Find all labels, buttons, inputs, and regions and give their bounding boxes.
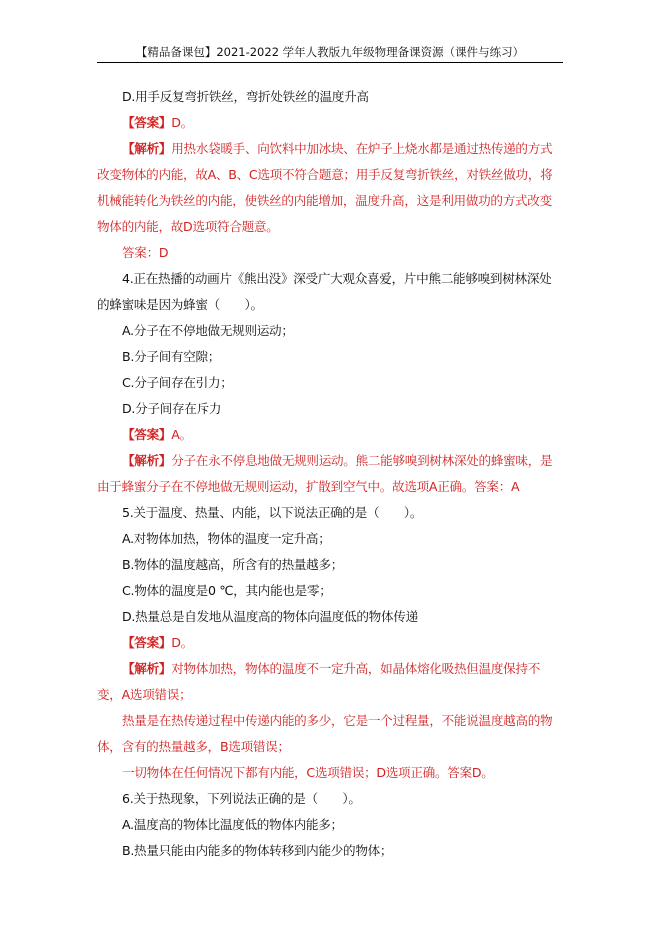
question-4: 4.正在热播的动画片《熊出没》深受广大观众喜爱，片中熊二能够嗅到树林深处的蜂蜜味… <box>97 266 563 318</box>
answer-label: 【答案】 <box>122 115 171 130</box>
header-divider <box>97 62 563 63</box>
answer-line: 【答案】D。 <box>97 110 563 136</box>
answer-line: 【答案】A。 <box>97 422 563 448</box>
analysis-paragraph: 【解析】用热水袋暖手、向饮料中加冰块、在炉子上烧水都是通过热传递的方式改变物体的… <box>97 136 563 240</box>
option-c: C.分子间存在引力； <box>97 370 563 396</box>
option-d: D.分子间存在斥力 <box>97 396 563 422</box>
answer-value: A。 <box>171 427 192 442</box>
document-body: D.用手反复弯折铁丝，弯折处铁丝的温度升高 【答案】D。 【解析】用热水袋暖手、… <box>97 84 563 864</box>
option-b: B.热量只能由内能多的物体转移到内能少的物体； <box>97 838 563 864</box>
question-5: 5.关于温度、热量、内能，以下说法正确的是（ ）。 <box>97 500 563 526</box>
question-6: 6.关于热现象，下列说法正确的是（ ）。 <box>97 786 563 812</box>
analysis-continuation: 热量是在热传递过程中传递内能的多少，它是一个过程量，不能说温度越高的物体，含有的… <box>97 708 563 760</box>
analysis-continuation: 一切物体在任何情况下都有内能，C选项错误；D选项正确。答案D。 <box>97 760 563 786</box>
analysis-label: 【解析】 <box>122 453 171 468</box>
analysis-paragraph: 【解析】分子在永不停息地做无规则运动。熊二能够嗅到树林深处的蜂蜜味，是由于蜂蜜分… <box>97 448 563 500</box>
option-c: C.物体的温度是0 ℃，其内能也是零； <box>97 578 563 604</box>
analysis-paragraph: 【解析】对物体加热，物体的温度不一定升高，如晶体熔化吸热但温度保持不变，A选项错… <box>97 656 563 708</box>
option-b: B.分子间有空隙； <box>97 344 563 370</box>
answer-value: D。 <box>171 635 193 650</box>
option-d: D.热量总是自发地从温度高的物体向温度低的物体传递 <box>97 604 563 630</box>
option-d: D.用手反复弯折铁丝，弯折处铁丝的温度升高 <box>97 84 563 110</box>
answer-plain: 答案：D <box>97 240 563 266</box>
option-a: A.分子在不停地做无规则运动； <box>97 318 563 344</box>
answer-line: 【答案】D。 <box>97 630 563 656</box>
analysis-label: 【解析】 <box>122 141 171 156</box>
document-header: 【精品备课包】2021-2022 学年人教版九年级物理备课资源（课件与练习） <box>97 44 563 60</box>
analysis-label: 【解析】 <box>122 661 171 676</box>
option-a: A.对物体加热，物体的温度一定升高； <box>97 526 563 552</box>
answer-value: D。 <box>171 115 193 130</box>
answer-label: 【答案】 <box>122 427 171 442</box>
option-a: A.温度高的物体比温度低的物体内能多； <box>97 812 563 838</box>
option-b: B.物体的温度越高，所含有的热量越多； <box>97 552 563 578</box>
answer-label: 【答案】 <box>122 635 171 650</box>
